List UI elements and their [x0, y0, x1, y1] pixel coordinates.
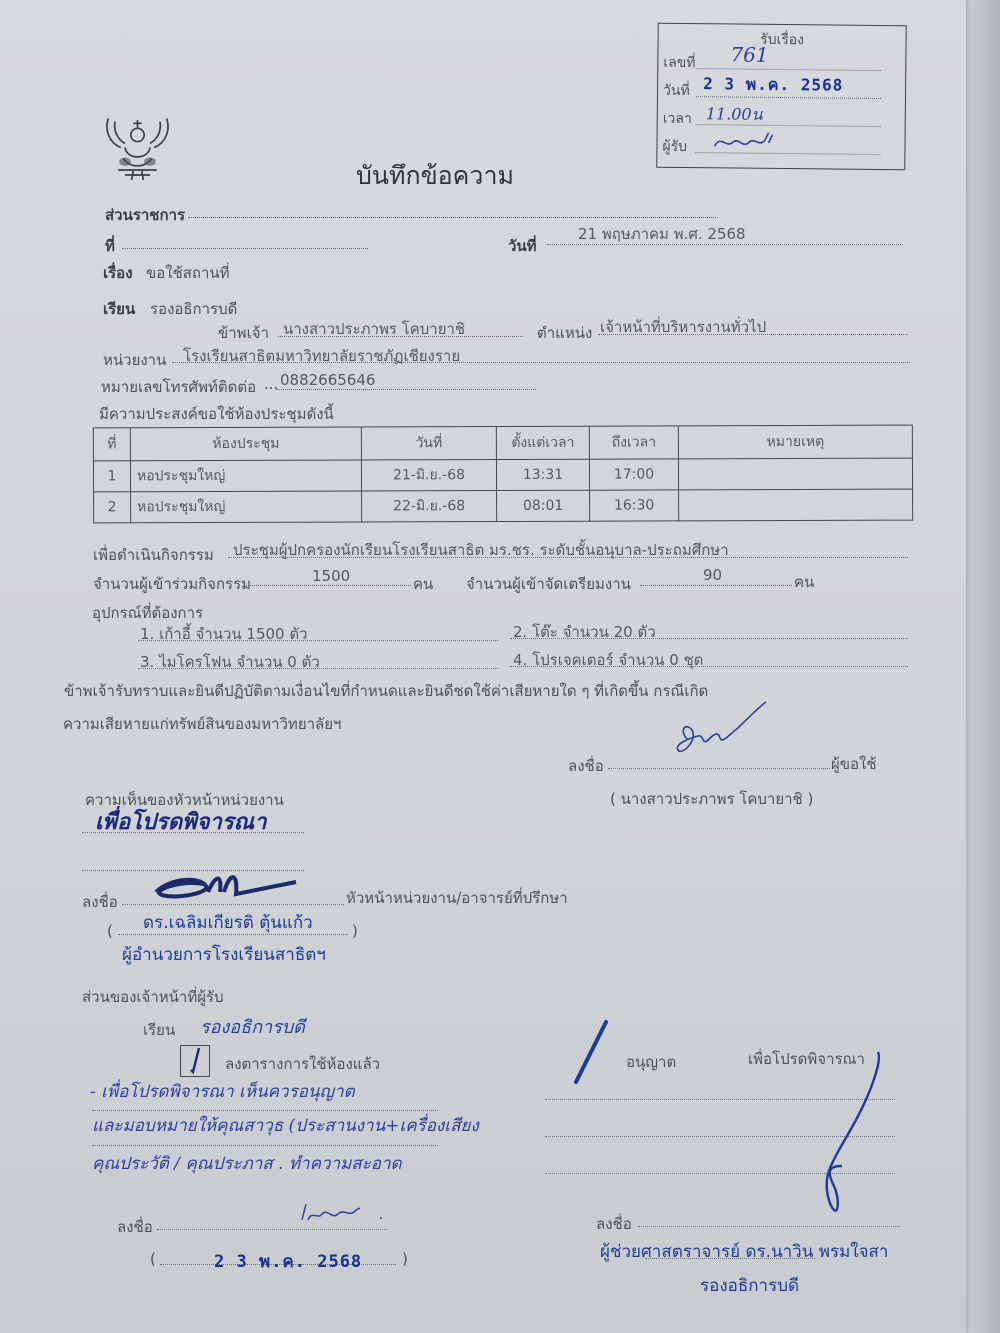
head-sign-role: หัวหน้าหน่วยงาน/อาจารย์ที่ปรึกษา	[346, 886, 568, 910]
department-field	[188, 217, 718, 218]
requester-sign-field	[608, 768, 830, 769]
receipt-number-value: 761	[730, 42, 768, 66]
receipt-number-line	[696, 68, 881, 71]
col-room: ห้องประชุม	[130, 427, 361, 461]
table-row: 1 หอประชุมใหญ่ 21-มิ.ย.-68 13:31 17:00	[93, 458, 912, 492]
room-scheduled-label: ลงตารางการใช้ห้องแล้ว	[225, 1052, 380, 1076]
receiver-signature-icon	[300, 1200, 390, 1226]
unit-value: โรงเรียนสาธิตมหาวิทยาลัยราชภัฏเชียงราย	[183, 344, 460, 368]
head-name-stamp: ดร.เฉลิมเกียรติ ตุ้นแก้ว	[143, 909, 313, 936]
col-start: ตั้งแต่เวลา	[496, 426, 589, 459]
requester-sign-role: ผู้ขอใช้	[831, 752, 877, 776]
receiver-note: และมอบหมายให้คุณสาวุธ (ประสานงาน+เครื่อง…	[92, 1112, 479, 1139]
requester-position-value: เจ้าหน้าที่บริหารงานทั่วไป	[600, 315, 766, 339]
receiver-section-label: ส่วนของเจ้าหน้าที่ผู้รับ	[82, 985, 224, 1009]
rooms-table-header: ที่ ห้องประชุม วันที่ ตั้งแต่เวลา ถึงเวล…	[93, 425, 912, 461]
table-row: 2 หอประชุมใหญ่ 22-มิ.ย.-68 08:01 16:30	[94, 489, 913, 523]
head-signature-icon	[150, 868, 300, 904]
equipment-item: 1. เก้าอี้ จำนวน 1500 ตัว	[140, 622, 308, 646]
staff-label: จำนวนผู้เข้าจัดเตรียมงาน	[466, 572, 631, 596]
intent-text: มีความประสงค์ขอใช้ห้องประชุมดังนี้	[99, 402, 334, 426]
approver-name-stamp: ผู้ช่วยศาสตราจารย์ ดร.นาวิน พรมใจสา	[600, 1238, 888, 1265]
receipt-title: รับเรื่อง	[658, 28, 905, 53]
receipt-time-label: เวลา	[663, 108, 692, 130]
receiver-sign-field	[157, 1229, 387, 1230]
phone-label: หมายเลขโทรศัพท์ติดต่อ	[101, 375, 256, 399]
head-name-open-paren: (	[107, 922, 113, 940]
approver-title-stamp: รองอธิการบดี	[700, 1272, 799, 1299]
equipment-item: 2. โต๊ะ จำนวน 20 ตัว	[513, 620, 656, 644]
receipt-receiver-line	[695, 152, 880, 155]
receiver-sign-label: ลงชื่อ	[117, 1215, 153, 1239]
to-label: เรียน	[103, 297, 135, 321]
receipt-receiver-signature-icon	[712, 128, 782, 153]
receiver-date-open-paren: (	[150, 1250, 156, 1268]
rooms-table: ที่ ห้องประชุม วันที่ ตั้งแต่เวลา ถึงเวล…	[93, 425, 913, 524]
receipt-date-stamp: 2 3 พ.ค. 2568	[703, 72, 843, 98]
staff-value: 90	[703, 566, 722, 584]
checkmark-icon	[181, 1046, 209, 1076]
approve-label: อนุญาต	[626, 1050, 676, 1074]
document-title: บันทึกข้อความ	[356, 156, 514, 196]
requester-sign-label: ลงชื่อ	[568, 754, 604, 778]
purpose-value: ประชุมผู้ปกครองนักเรียนโรงเรียนสาธิต มร.…	[233, 538, 729, 562]
ref-field	[122, 248, 368, 249]
agreement-line-1: ข้าพเจ้ารับทราบและยินดีปฏิบัติตามเงื่อนไ…	[64, 679, 708, 703]
requester-name-label: ข้าพเจ้า	[218, 321, 269, 345]
date-label: วันที่	[508, 234, 537, 258]
row-remark	[679, 489, 913, 521]
purpose-label: เพื่อดำเนินกิจกรรม	[93, 543, 214, 567]
receipt-box: รับเรื่อง เลขที่ 761 วันที่ 2 3 พ.ค. 256…	[656, 23, 907, 171]
head-opinion-field-1	[82, 832, 304, 833]
col-end: ถึงเวลา	[589, 426, 678, 459]
garuda-emblem-icon	[100, 110, 175, 185]
head-sign-label: ลงชื่อ	[82, 890, 118, 914]
col-no: ที่	[93, 428, 130, 461]
requester-sign-name: ( นางสาวประภาพร โคบายาชิ )	[610, 787, 813, 811]
head-opinion-handwritten: เพื่อโปรดพิจารณา	[95, 804, 266, 839]
ref-label: ที่	[105, 234, 115, 258]
subject-value: ขอใช้สถานที่	[146, 261, 230, 285]
requester-signature-icon	[668, 700, 778, 770]
participants-value: 1500	[312, 567, 350, 585]
requester-position-label: ตำแหน่ง	[537, 321, 592, 345]
receiver-date-stamp: 2 3 พ.ค. 2568	[214, 1248, 362, 1275]
requester-name-value: นางสาวประภาพร โคบายาชิ	[283, 317, 465, 341]
receiver-date-close-paren: )	[402, 1250, 408, 1268]
receipt-time-value: 11.00น	[706, 102, 763, 128]
receiver-note: คุณประวัติ / คุณประภาส . ทำความสะอาด	[92, 1150, 402, 1177]
approve-mark-icon[interactable]	[572, 1018, 612, 1088]
receipt-date-label: วันที่	[663, 80, 690, 102]
agreement-line-2: ความเสียหายแก่ทรัพย์สินของมหาวิทยาลัยฯ	[63, 712, 341, 736]
row-end: 17:00	[589, 459, 678, 490]
row-date: 22-มิ.ย.-68	[362, 491, 497, 522]
row-room: หอประชุมใหญ่	[131, 491, 362, 523]
date-value: 21 พฤษภาคม พ.ศ. 2568	[578, 222, 746, 246]
receiver-notes-line-1	[92, 1110, 438, 1111]
row-no: 2	[94, 492, 131, 523]
col-remark: หมายเหตุ	[678, 425, 912, 459]
equipment-item: 3. ไมโครโฟน จำนวน 0 ตัว	[140, 650, 320, 674]
subject-label: เรื่อง	[103, 261, 133, 285]
receipt-number-label: เลขที่	[663, 52, 695, 74]
equipment-item: 4. โปรเจคเตอร์ จำนวน 0 ชุด	[513, 648, 704, 672]
receipt-receiver-label: ผู้รับ	[662, 136, 687, 158]
participants-field	[243, 585, 411, 586]
row-room: หอประชุมใหญ่	[130, 460, 361, 492]
memo-paper: รับเรื่อง เลขที่ 761 วันที่ 2 3 พ.ค. 256…	[0, 0, 966, 1333]
department-label: ส่วนราชการ	[105, 203, 185, 227]
head-sign-field	[122, 904, 344, 905]
head-name-close-paren: )	[352, 922, 358, 940]
head-title-stamp: ผู้อำนวยการโรงเรียนสาธิตฯ	[122, 941, 326, 968]
approver-signature-icon	[810, 1050, 890, 1220]
approver-sign-label: ลงชื่อ	[596, 1212, 632, 1236]
col-date: วันที่	[361, 427, 496, 460]
staff-field	[640, 585, 792, 586]
row-no: 1	[93, 461, 130, 492]
approver-sign-field	[638, 1226, 900, 1227]
room-scheduled-checkbox[interactable]	[180, 1045, 210, 1077]
participants-unit: คน	[413, 572, 433, 596]
staff-unit: คน	[794, 570, 814, 594]
row-start: 08:01	[497, 490, 590, 521]
unit-label: หน่วยงาน	[103, 348, 166, 372]
receiver-to-label: เรียน	[143, 1018, 175, 1042]
row-end: 16:30	[590, 490, 679, 521]
row-start: 13:31	[496, 459, 589, 490]
phone-field	[276, 389, 536, 390]
phone-value: 0882665646	[280, 371, 375, 389]
to-value: รองอธิการบดี	[150, 297, 237, 321]
receiver-note: - เพื่อโปรดพิจารณา เห็นควรอนุญาต	[90, 1078, 355, 1105]
row-remark	[678, 458, 912, 490]
participants-label: จำนวนผู้เข้าร่วมกิจกรรม	[93, 572, 251, 596]
receiver-notes-line-2	[92, 1145, 438, 1146]
row-date: 21-มิ.ย.-68	[361, 460, 496, 491]
receiver-to-handwritten: รองอธิการบดี	[200, 1012, 305, 1041]
